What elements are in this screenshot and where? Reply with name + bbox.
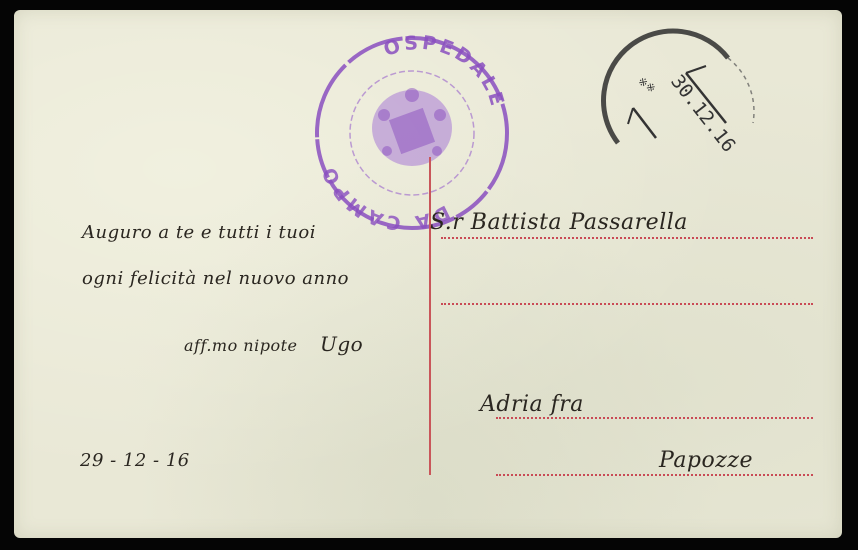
message-date: 29 - 12 - 16	[80, 450, 190, 471]
address-line-4	[496, 474, 813, 476]
address-line-1	[441, 237, 813, 239]
postcard: OSPEDALE DA CAMPO ※※ 30.12.16 Auguro a t…	[14, 10, 842, 538]
postmark-date: 30.12.16	[666, 71, 740, 157]
address-line-2	[441, 303, 813, 305]
hospital-stamp-icon: OSPEDALE DA CAMPO	[312, 33, 512, 233]
divider-line	[429, 157, 431, 475]
address-city: Adria fra	[480, 392, 584, 417]
address-line-3	[496, 417, 813, 419]
message-signature: Ugo	[320, 332, 363, 356]
address-recipient: S.r Battista Passarella	[430, 210, 688, 235]
message-closing: aff.mo nipote	[184, 336, 297, 355]
message-line-1: Auguro a te e tutti i tuoi	[82, 222, 316, 243]
message-line-2: ogni felicità nel nuovo anno	[82, 268, 349, 289]
svg-text:※※: ※※	[635, 74, 658, 95]
address-town: Papozze	[659, 448, 753, 473]
postmark-icon: ※※ 30.12.16	[588, 28, 758, 168]
